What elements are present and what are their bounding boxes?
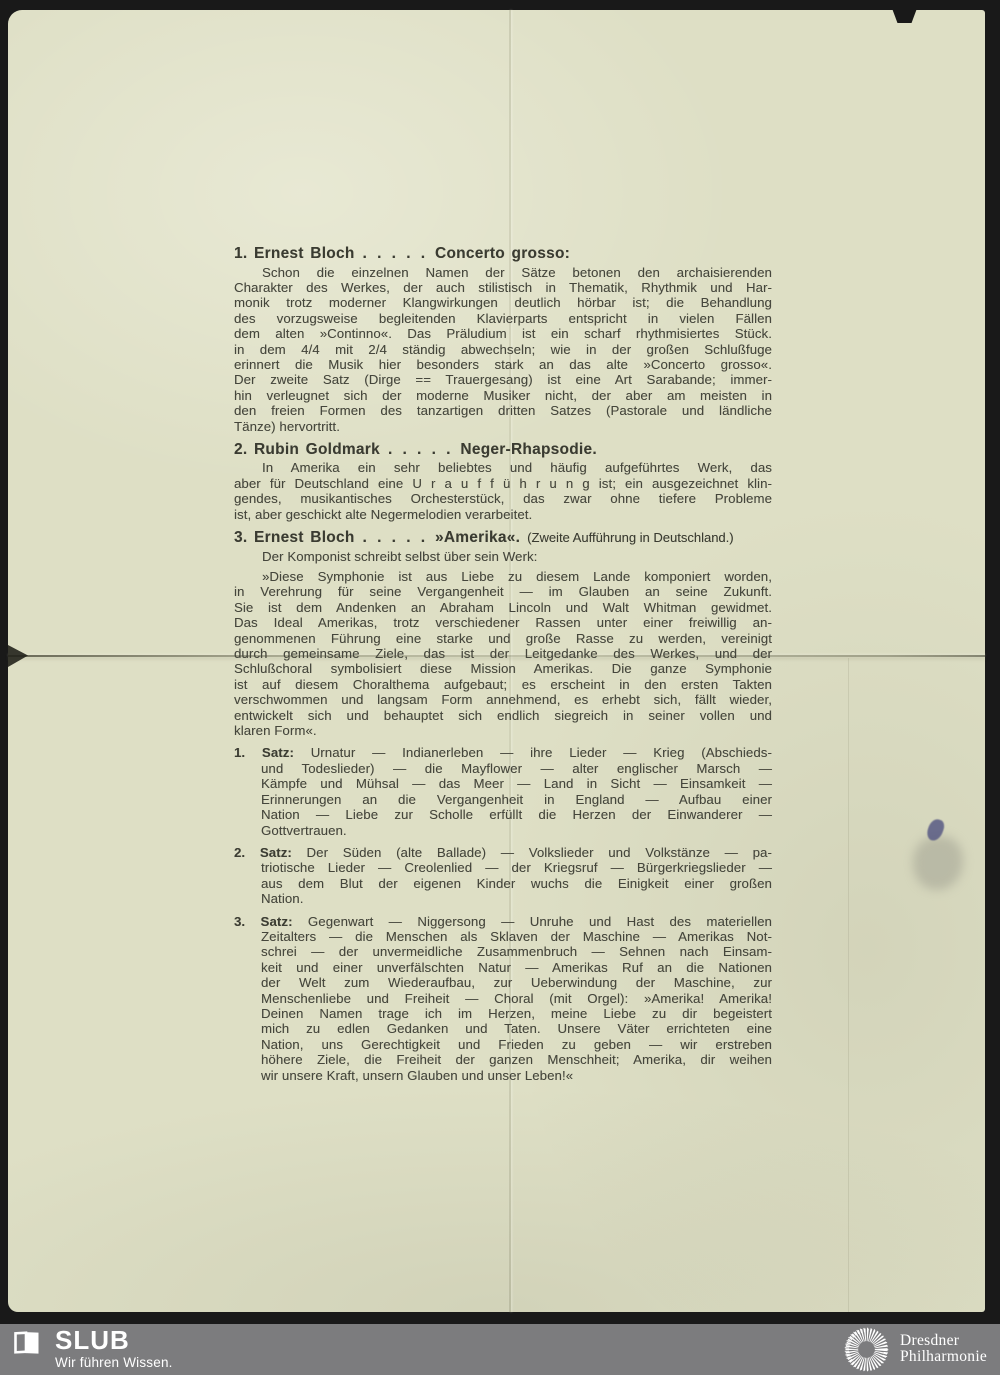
text-line: klaren Form«. bbox=[234, 723, 772, 738]
movement-label: 3. Satz: bbox=[234, 914, 293, 929]
paragraph: Schon die einzelnen Namen der Sätze beto… bbox=[234, 265, 772, 434]
heading-work-title: »Amerika«. bbox=[435, 529, 520, 546]
text-line: Menschenliebe und Freiheit — Choral (mit… bbox=[261, 991, 772, 1006]
section-heading: 2. Rubin Goldmark. . . . .Neger-Rhapsodi… bbox=[234, 441, 772, 459]
heading-dots: . . . . . bbox=[363, 245, 427, 262]
movement-continuation: und Todeslieder) — die Mayflower — alter… bbox=[261, 761, 772, 838]
movement-item: 3. Satz: Gegenwart — Niggersong — Unruhe… bbox=[234, 914, 772, 1083]
slub-wordmark: SLUB bbox=[55, 1326, 173, 1354]
text-line: höhere Ziele, die Freiheit der ganzen Me… bbox=[261, 1052, 772, 1067]
text-line: Gottvertrauen. bbox=[261, 823, 772, 838]
movement-first-line: 2. Satz: Der Süden (alte Ballade) — Volk… bbox=[261, 845, 772, 860]
text-line: in Verehrung für seine Vergangenheit — i… bbox=[234, 584, 772, 599]
philharmonie-line2: Philharmonie bbox=[900, 1349, 987, 1365]
text-line: Nation, uns Gerechtigkeit und Frieden zu… bbox=[261, 1037, 772, 1052]
document-text: 1. Ernest Bloch. . . . .Concerto grosso:… bbox=[234, 242, 772, 1090]
movement-item: 2. Satz: Der Süden (alte Ballade) — Volk… bbox=[234, 845, 772, 907]
program-section: 3. Ernest Bloch. . . . .»Amerika«.(Zweit… bbox=[234, 529, 772, 738]
slub-tagline: Wir führen Wissen. bbox=[55, 1355, 173, 1370]
slub-text-block: SLUB Wir führen Wissen. bbox=[55, 1326, 173, 1370]
paragraph: Der Komponist schreibt selbst über sein … bbox=[234, 549, 772, 564]
text-line: monik trotz moderner Klangwirkungen deut… bbox=[234, 295, 772, 310]
movement-first-line: 1. Satz: Urnatur — Indianerleben — ihre … bbox=[261, 745, 772, 760]
heading-composer: 2. Rubin Goldmark bbox=[234, 441, 380, 458]
text-line: des vorzugsweise begleitenden Klavierpar… bbox=[234, 311, 772, 326]
philharmonie-text-block: Dresdner Philharmonie bbox=[900, 1333, 987, 1364]
text-line: Schon die einzelnen Namen der Sätze beto… bbox=[234, 265, 772, 280]
movements-list: 1. Satz: Urnatur — Indianerleben — ihre … bbox=[234, 745, 772, 1083]
slub-logo-link[interactable]: SLUB Wir führen Wissen. bbox=[12, 1326, 173, 1370]
text-line: Erinnerungen an die Vergangenheit in Eng… bbox=[261, 792, 772, 807]
text-line: Sie ist dem Andenken an Abraham Lincoln … bbox=[234, 600, 772, 615]
text-line: »Diese Symphonie ist aus Liebe zu diesem… bbox=[234, 569, 772, 584]
text-line: triotische Lieder — Creolenlied — der Kr… bbox=[261, 860, 772, 875]
text-line: Nation. bbox=[261, 891, 772, 906]
text-line: ist, aber geschickt alte Negermelodien v… bbox=[234, 507, 772, 522]
text-line: und Todeslieder) — die Mayflower — alter… bbox=[261, 761, 772, 776]
text-line: dem alten »Continno«. Das Präludium ist … bbox=[234, 326, 772, 341]
movement-label: 2. Satz: bbox=[234, 845, 292, 860]
text-line: Charakter des Werkes, der auch stilistis… bbox=[234, 280, 772, 295]
text-line: Schlußchoral symbolisiert diese Mission … bbox=[234, 661, 772, 676]
text-line: in dem 4/4 mit 2/4 ständig abwechseln; w… bbox=[234, 342, 772, 357]
section-heading: 3. Ernest Bloch. . . . .»Amerika«.(Zweit… bbox=[234, 529, 772, 547]
starburst-icon bbox=[843, 1326, 890, 1373]
text-line: aus dem Blut der eigenen Kinder wuchs di… bbox=[261, 876, 772, 891]
program-section: 1. Ernest Bloch. . . . .Concerto grosso:… bbox=[234, 245, 772, 434]
heading-work-title: Neger-Rhapsodie. bbox=[460, 441, 597, 458]
text-line: Das Ideal Amerikas, trotz verschiedener … bbox=[234, 615, 772, 630]
text-line: Nation — Liebe zur Scholle erfüllt die H… bbox=[261, 807, 772, 822]
paragraph: »Diese Symphonie ist aus Liebe zu diesem… bbox=[234, 569, 772, 738]
movement-label: 1. Satz: bbox=[234, 745, 294, 760]
text-line: entwickelt sich und behauptet sich endli… bbox=[234, 708, 772, 723]
movement-first-line: 3. Satz: Gegenwart — Niggersong — Unruhe… bbox=[261, 914, 772, 929]
section-paragraphs: In Amerika ein sehr beliebtes und häufig… bbox=[234, 460, 772, 522]
text-line: aber für Deutschland eine U r a u f f ü … bbox=[234, 476, 772, 491]
text-line: Kämpfe und Mühsal — das Meer — Land in S… bbox=[261, 776, 772, 791]
scan-viewport: 1. Ernest Bloch. . . . .Concerto grosso:… bbox=[0, 0, 1000, 1375]
heading-note: (Zweite Aufführung in Deutschland.) bbox=[527, 530, 733, 545]
text-line: keit und einer unverfälschten Natur — Am… bbox=[261, 960, 772, 975]
heading-dots: . . . . . bbox=[388, 441, 452, 458]
footer-bar: SLUB Wir führen Wissen. Dresdner Philhar… bbox=[0, 1324, 1000, 1375]
text-line: durch gemeinsame Ziele, das ist der Leit… bbox=[234, 646, 772, 661]
sections-list: 1. Ernest Bloch. . . . .Concerto grosso:… bbox=[234, 245, 772, 738]
section-paragraphs: Der Komponist schreibt selbst über sein … bbox=[234, 549, 772, 739]
movement-item: 1. Satz: Urnatur — Indianerleben — ihre … bbox=[234, 745, 772, 837]
text-line: schrei — der unvermeidliche Zusammenbruc… bbox=[261, 944, 772, 959]
open-book-icon bbox=[12, 1329, 42, 1359]
text-line: In Amerika ein sehr beliebtes und häufig… bbox=[234, 460, 772, 475]
movement-continuation: triotische Lieder — Creolenlied — der Kr… bbox=[261, 860, 772, 906]
text-line: verschwommen und langsam Form annehmend,… bbox=[234, 692, 772, 707]
ink-stain-halo bbox=[913, 836, 963, 890]
text-line: mich zu edlen Gedanken und Taten. Unsere… bbox=[261, 1021, 772, 1036]
text-line: erinnert die Musik hier besonders stark … bbox=[234, 357, 772, 372]
text-line: hin verleugnet sich der moderne Musiker … bbox=[234, 388, 772, 403]
movement-first-text: Der Süden (alte Ballade) — Volkslieder u… bbox=[307, 845, 772, 860]
fold-edge-tear bbox=[8, 645, 28, 667]
text-line: genommenen Führung eine starke und große… bbox=[234, 631, 772, 646]
text-line: Der Komponist schreibt selbst über sein … bbox=[234, 549, 772, 564]
heading-work-title: Concerto grosso: bbox=[435, 245, 570, 262]
text-line: Deinen Namen trage ich im Herzen, meine … bbox=[261, 1006, 772, 1021]
program-section: 2. Rubin Goldmark. . . . .Neger-Rhapsodi… bbox=[234, 441, 772, 522]
text-line: Zeitalters — die Menschen als Sklaven de… bbox=[261, 929, 772, 944]
section-paragraphs: Schon die einzelnen Namen der Sätze beto… bbox=[234, 265, 772, 434]
text-line: ist auf diesem Choralthema aufgebaut; es… bbox=[234, 677, 772, 692]
text-line: gendes, musikantisches Orchesterstück, d… bbox=[234, 491, 772, 506]
heading-composer: 1. Ernest Bloch bbox=[234, 245, 355, 262]
text-line: Der zweite Satz (Dirge == Trauergesang) … bbox=[234, 372, 772, 387]
philharmonie-line1: Dresdner bbox=[900, 1333, 987, 1349]
text-line: wir unsere Kraft, unsern Glauben und uns… bbox=[261, 1068, 772, 1083]
heading-dots: . . . . . bbox=[363, 529, 427, 546]
heading-composer: 3. Ernest Bloch bbox=[234, 529, 355, 546]
paragraph: In Amerika ein sehr beliebtes und häufig… bbox=[234, 460, 772, 522]
movement-first-text: Gegenwart — Niggersong — Unruhe und Hast… bbox=[308, 914, 772, 929]
movement-continuation: Zeitalters — die Menschen als Sklaven de… bbox=[261, 929, 772, 1083]
text-line: Tänze) hervortritt. bbox=[234, 419, 772, 434]
text-line: der Welt zum Wiederaufbau, zur Ueberwind… bbox=[261, 975, 772, 990]
text-line: den freien Formen des tanzartigen dritte… bbox=[234, 403, 772, 418]
section-heading: 1. Ernest Bloch. . . . .Concerto grosso: bbox=[234, 245, 772, 263]
right-fold-crease bbox=[848, 658, 849, 1312]
document-page: 1. Ernest Bloch. . . . .Concerto grosso:… bbox=[8, 10, 985, 1312]
movement-first-text: Urnatur — Indianerleben — ihre Lieder — … bbox=[311, 745, 772, 760]
